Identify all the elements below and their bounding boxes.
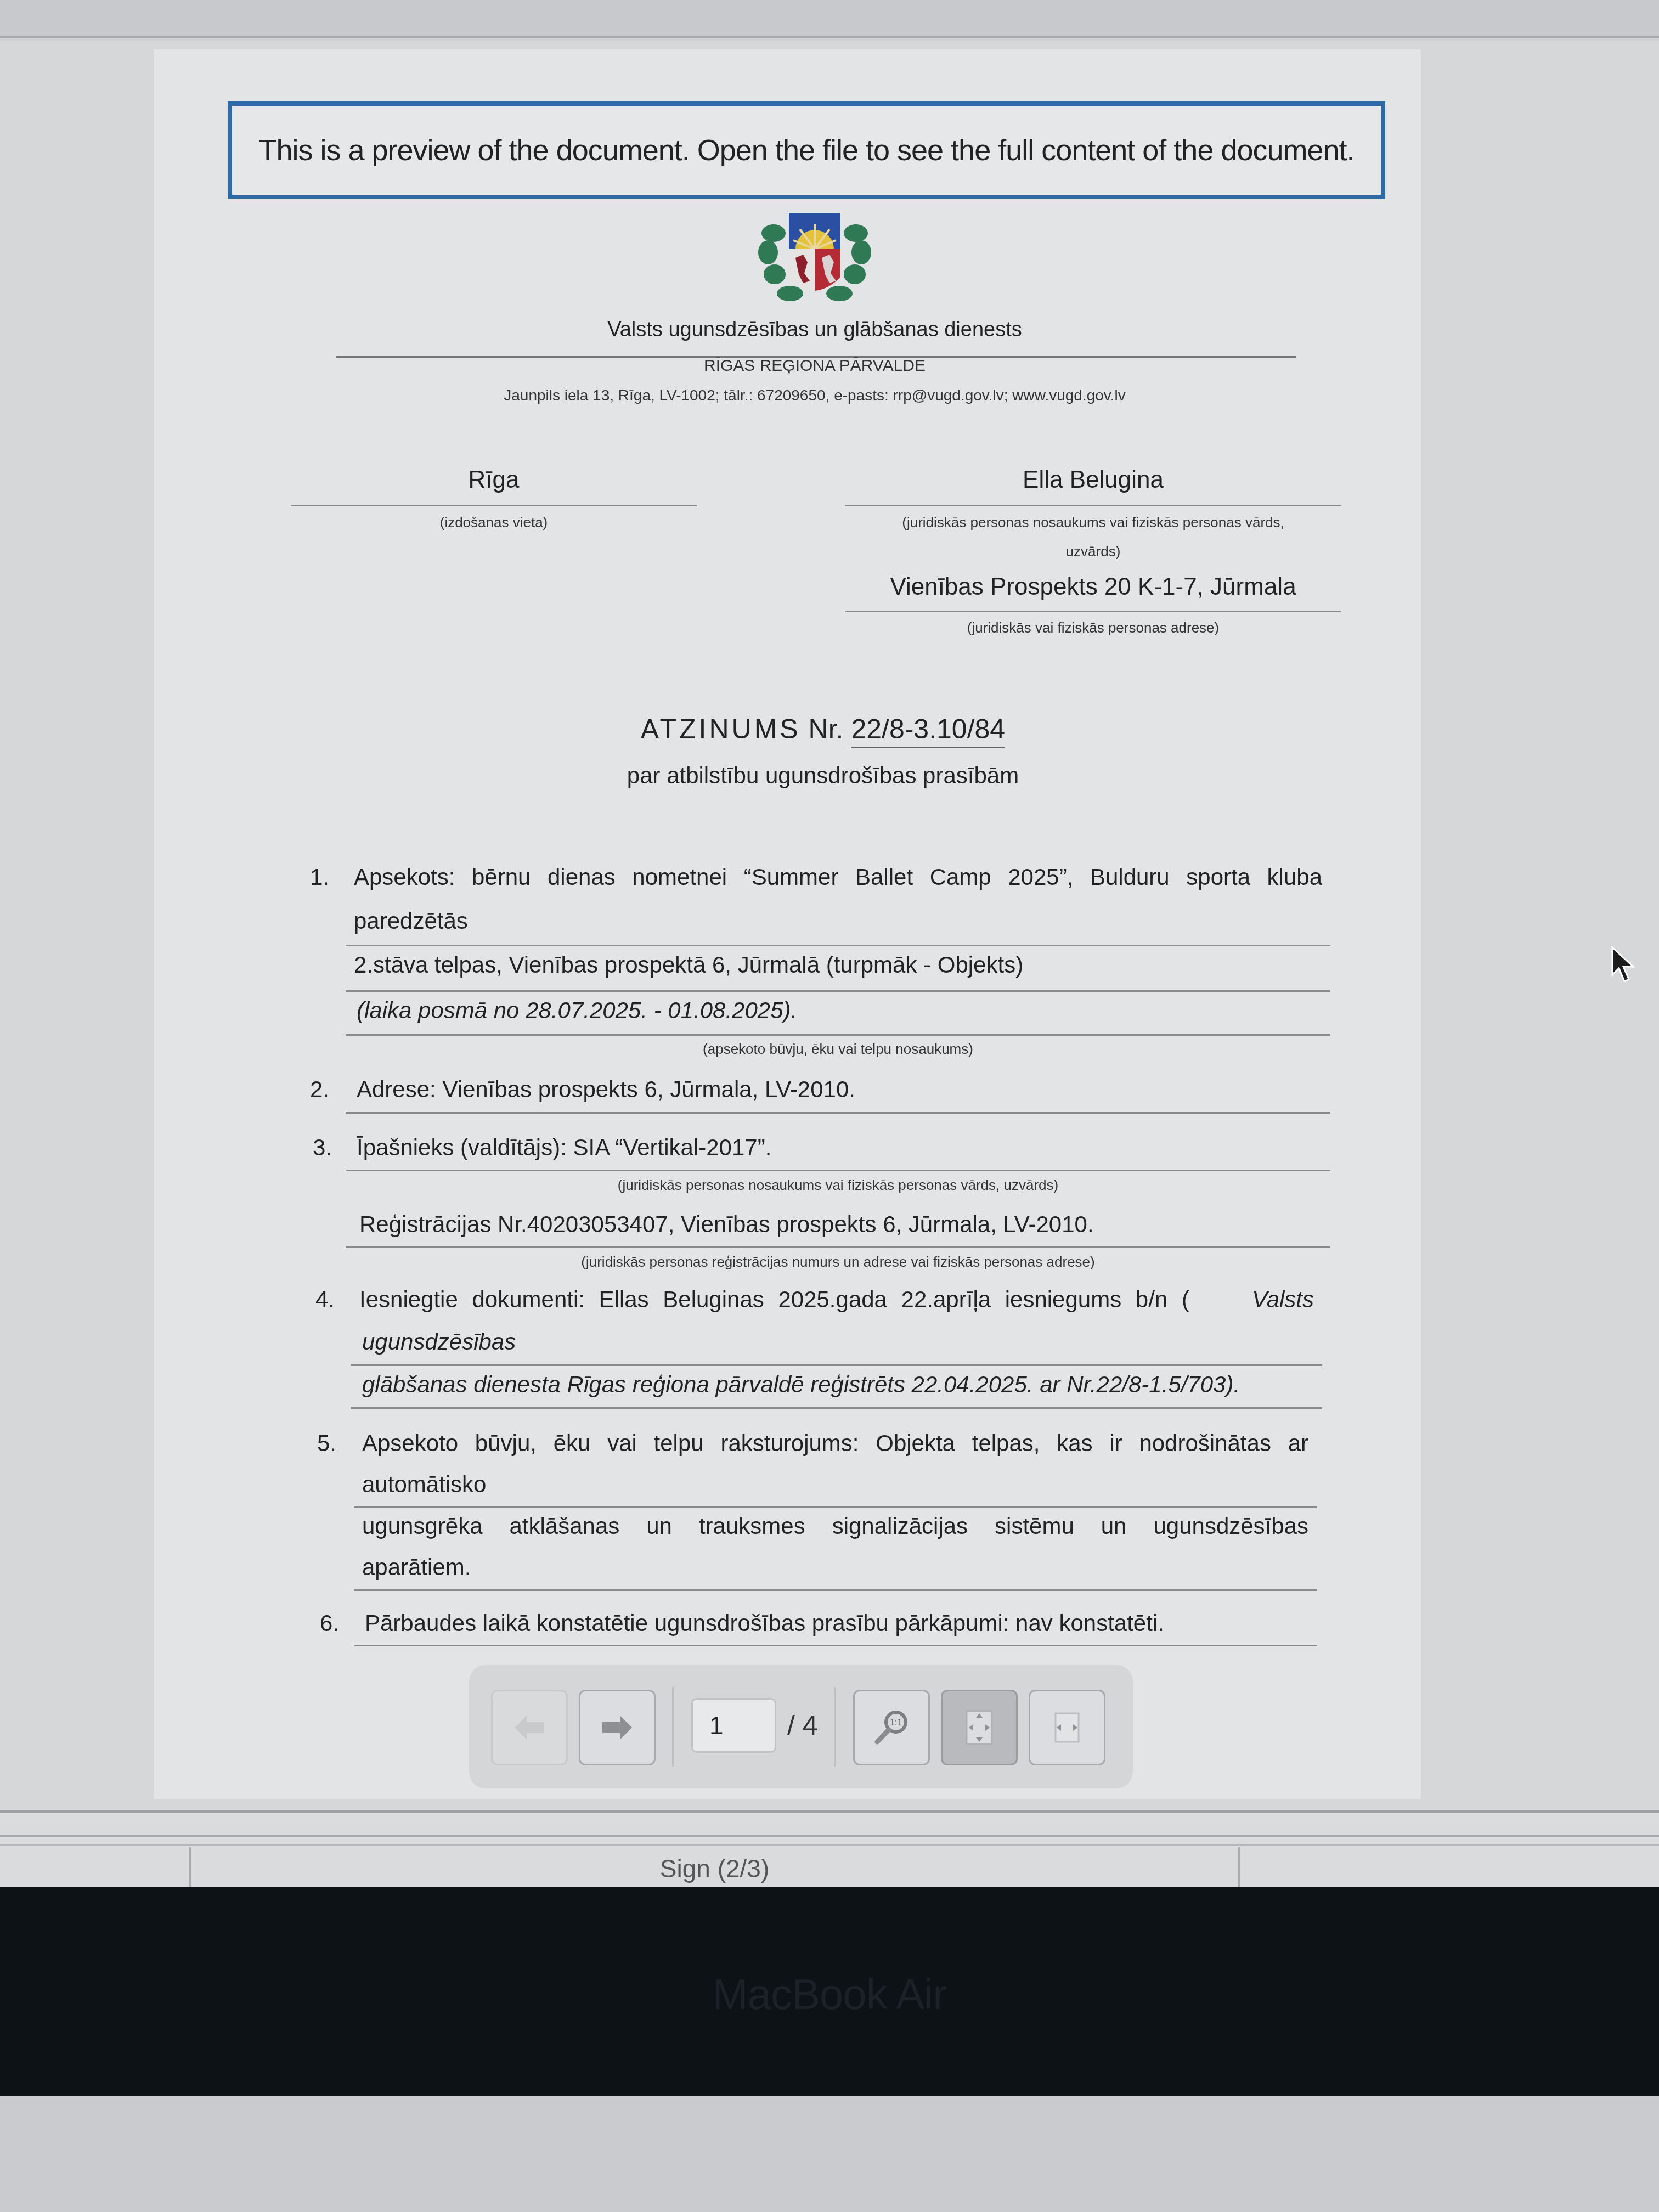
item-4-line-1-italic: Valsts: [1252, 1286, 1314, 1313]
recipient-name-caption-2: uzvārds): [845, 537, 1341, 566]
page-number-input[interactable]: [691, 1698, 776, 1753]
issue-place-value: Rīga: [291, 466, 697, 494]
item-4-line-3: glābšanas dienesta Rīgas reģiona pārvald…: [362, 1372, 1240, 1398]
item-4-rule-1: [351, 1364, 1322, 1366]
screen-top-edge: [0, 0, 1659, 38]
item-3-line-2: Reģistrācijas Nr.40203053407, Vienības p…: [359, 1211, 1094, 1238]
item-5-rule-1: [354, 1506, 1317, 1508]
item-5-line-4: aparātiem.: [362, 1554, 471, 1581]
document-title: ATZINUMS Nr. 22/8-3.10/84: [494, 713, 1152, 745]
issue-place-caption: (izdošanas vieta): [291, 507, 697, 537]
item-1-rule-2: [346, 990, 1330, 992]
org-name: Valsts ugunsdzēsības un glābšanas dienes…: [335, 318, 1295, 342]
recipient-address-caption: (juridiskās vai fiziskās personas adrese…: [845, 613, 1341, 642]
preview-notice-text: This is a preview of the document. Open …: [258, 133, 1354, 167]
toolbar-separator: [672, 1687, 674, 1767]
bar-divider: [0, 1835, 1659, 1837]
item-3-line-1: Īpašnieks (valdītājs): SIA “Vertikal-201…: [357, 1135, 771, 1161]
item-5-line-2: automātisko: [362, 1471, 486, 1498]
item-6-line-1: Pārbaudes laikā konstatētie ugunsdrošība…: [365, 1610, 1164, 1637]
org-region: RĪGAS REĢIONA PĀRVALDE: [335, 357, 1295, 375]
title-nr-label: Nr.: [809, 714, 844, 744]
document-subtitle: par atbilstību ugunsdrošības prasībām: [494, 763, 1152, 789]
item-5-line-1: Apsekoto būvju, ēku vai telpu raksturoju…: [362, 1430, 1308, 1457]
arrow-left-icon: [510, 1711, 549, 1744]
item-number: 6.: [320, 1610, 339, 1637]
preview-notice-banner: This is a preview of the document. Open …: [228, 101, 1385, 199]
item-number: 1.: [310, 864, 329, 890]
item-number: 5.: [317, 1430, 336, 1457]
mouse-cursor-icon: [1610, 946, 1635, 985]
title-number: 22/8-3.10/84: [851, 714, 1005, 748]
prev-page-button[interactable]: [491, 1690, 568, 1765]
fit-width-icon: [1048, 1706, 1086, 1750]
laptop-bezel: MacBook Air: [0, 1887, 1659, 2096]
item-1-rule-1: [346, 945, 1330, 946]
item-2-rule: [346, 1112, 1330, 1114]
item-4-line-1-plain: Iesniegtie dokumenti: Ellas Beluginas 20…: [359, 1286, 1189, 1313]
fit-width-button[interactable]: [1029, 1690, 1105, 1765]
item-1-rule-3: [346, 1034, 1330, 1036]
page-total: / 4: [787, 1698, 818, 1753]
item-1-caption: (apsekoto būvju, ēku vai telpu nosaukums…: [346, 1041, 1330, 1058]
item-1-line-1: Apsekots: bērnu dienas nometnei “Summer …: [354, 864, 1322, 890]
item-3-rule-2: [346, 1246, 1330, 1248]
item-3-caption-1: (juridiskās personas nosaukums vai fizis…: [346, 1177, 1330, 1194]
recipient-address-rule: [845, 611, 1341, 612]
fit-page-icon: [960, 1706, 998, 1750]
item-number: 2.: [310, 1076, 329, 1103]
fit-page-button[interactable]: [941, 1690, 1018, 1765]
item-4-line-1: Iesniegtie dokumenti: Ellas Beluginas 20…: [359, 1286, 1314, 1313]
org-contact: Jaunpils iela 13, Rīga, LV-1002; tālr.: …: [335, 387, 1295, 404]
item-1-line-2: paredzētās: [354, 908, 468, 934]
item-1-line-3: 2.stāva telpas, Vienības prospektā 6, Jū…: [354, 952, 1023, 978]
svg-text:1:1: 1:1: [890, 1718, 902, 1728]
issue-place-rule: [291, 505, 697, 506]
latvia-coat-of-arms-icon: [752, 203, 878, 307]
device-label: MacBook Air: [0, 1970, 1659, 2019]
recipient-name-caption-1: (juridiskās personas nosaukums vai fizis…: [845, 507, 1341, 537]
magnifier-zoom-icon: 1:1: [870, 1706, 913, 1750]
arrow-right-icon: [598, 1711, 636, 1744]
item-4-rule-2: [351, 1407, 1322, 1409]
toolbar-separator: [834, 1687, 836, 1767]
item-2-line-1: Adrese: Vienības prospekts 6, Jūrmala, L…: [357, 1076, 855, 1103]
item-5-rule-2: [354, 1589, 1317, 1591]
next-page-button[interactable]: [579, 1690, 656, 1765]
item-4-line-2: ugunsdzēsības: [362, 1329, 516, 1355]
sign-tab[interactable]: Sign (2/3): [189, 1847, 1240, 1890]
recipient-name: Ella Belugina: [845, 466, 1341, 494]
bar-divider: [0, 1844, 1659, 1846]
bottom-tab-bar: Sign (2/3): [0, 1810, 1659, 1887]
item-3-caption-2: (juridiskās personas reģistrācijas numur…: [346, 1254, 1330, 1271]
item-6-rule: [354, 1645, 1317, 1646]
item-number: 4.: [315, 1286, 335, 1313]
recipient-name-rule: [845, 505, 1341, 506]
item-number: 3.: [313, 1135, 332, 1161]
zoom-button[interactable]: 1:1: [853, 1690, 930, 1765]
page-navigation-toolbar: / 4 1:1: [469, 1665, 1133, 1788]
laptop-deck: [0, 2096, 1659, 2212]
item-3-rule-1: [346, 1170, 1330, 1171]
item-1-line-4: (laika posmā no 28.07.2025. - 01.08.2025…: [357, 997, 797, 1024]
title-keyword: ATZINUMS: [641, 714, 801, 744]
item-5-line-3: ugunsgrēka atklāšanas un trauksmes signa…: [362, 1513, 1308, 1539]
recipient-address: Vienības Prospekts 20 K-1-7, Jūrmala: [845, 573, 1341, 601]
